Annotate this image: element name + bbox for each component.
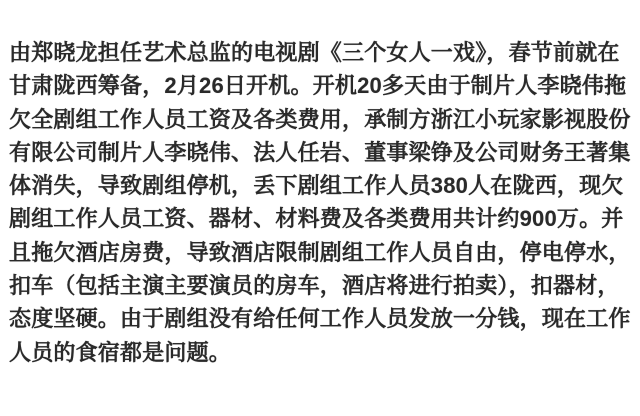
text-line: 剧组工作人员工资、器材、材料费及各类费用共计约900万。并: [9, 202, 632, 235]
text-line: 体消失，导致剧组停机，丢下剧组工作人员380人在陇西，现欠: [9, 169, 632, 202]
article-page: 由郑晓龙担任艺术总监的电视剧《三个女人一戏》，春节前就在 甘肃陇西筹备，2月26…: [0, 0, 640, 416]
text-line: 且拖欠酒店房费，导致酒店限制剧组工作人员自由，停电停水，: [9, 236, 632, 269]
text-line: 欠全剧组工作人员工资及各类费用，承制方浙江小玩家影视股份: [9, 103, 632, 136]
text-line: 有限公司制片人李晓伟、法人任岩、董事梁铮及公司财务王著集: [9, 136, 632, 169]
text-line: 甘肃陇西筹备，2月26日开机。开机20多天由于制片人李晓伟拖: [9, 69, 632, 102]
text-line: 人员的食宿都是问题。: [9, 336, 632, 369]
article-text: 由郑晓龙担任艺术总监的电视剧《三个女人一戏》，春节前就在 甘肃陇西筹备，2月26…: [0, 0, 640, 369]
text-line: 由郑晓龙担任艺术总监的电视剧《三个女人一戏》，春节前就在: [9, 36, 632, 69]
text-line: 扣车（包括主演主要演员的房车，酒店将进行拍卖），扣器材，: [9, 269, 632, 302]
text-line: 态度坚硬。由于剧组没有给任何工作人员发放一分钱，现在工作: [9, 302, 632, 335]
